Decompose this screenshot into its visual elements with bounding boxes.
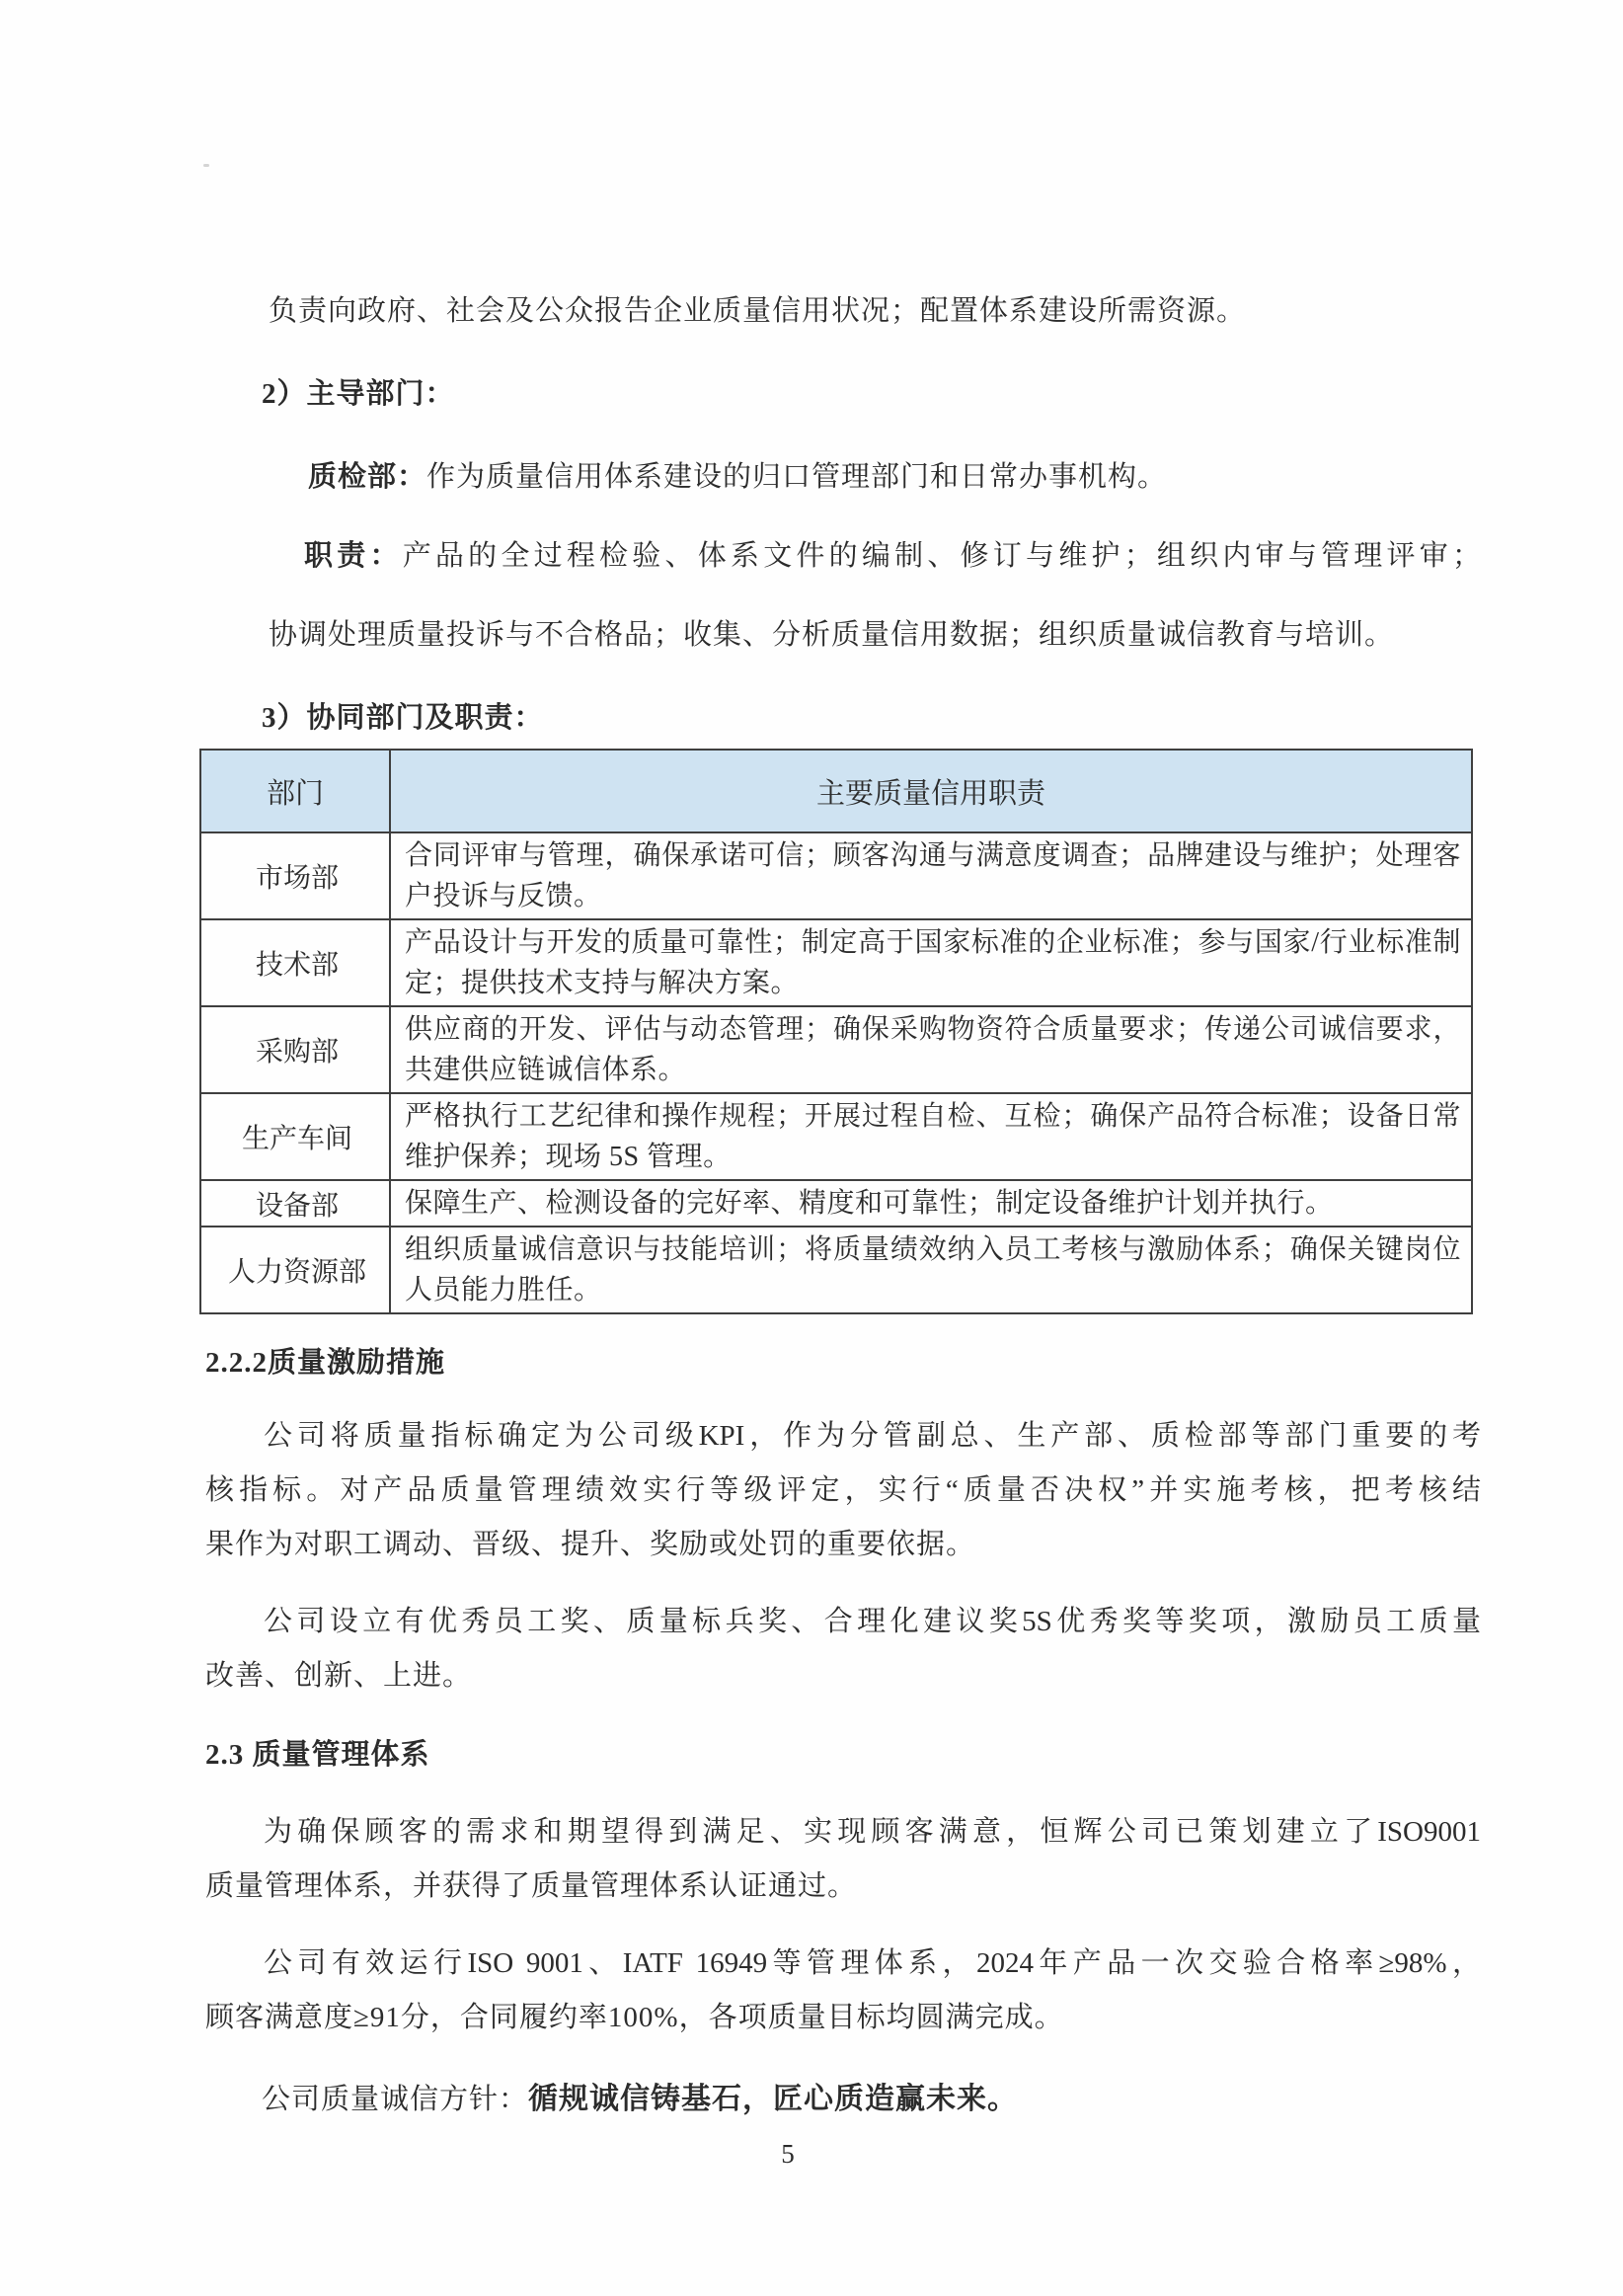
lead-duty-prefix: 职责：: [304, 540, 403, 572]
scan-artifact: [203, 164, 209, 167]
lead-duty-line: 职责：产品的全过程检验、体系文件的编制、修订与维护；组织内审与管理评审；: [304, 539, 1481, 574]
table-cell-duty: 供应商的开发、评估与动态管理；确保采购物资符合质量要求；传递公司诚信要求，共建供…: [390, 1006, 1472, 1093]
table-header-dept: 部门: [200, 750, 390, 832]
quality-policy-prefix: 公司质量诚信方针：: [262, 2084, 528, 2115]
paragraph-line: 为确保顾客的需求和期望得到满足、实现顾客满意，恒辉公司已策划建立了ISO9001: [264, 1815, 1481, 1850]
paragraph-line: 顾客满意度≥91分，合同履约率100%，各项质量目标均圆满完成。: [205, 2001, 1064, 2035]
table-row: 采购部 供应商的开发、评估与动态管理；确保采购物资符合质量要求；传递公司诚信要求…: [200, 1006, 1472, 1093]
table-row: 设备部 保障生产、检测设备的完好率、精度和可靠性；制定设备维护计划并执行。: [200, 1180, 1472, 1227]
table-cell-dept: 技术部: [200, 919, 390, 1006]
table-cell-dept: 人力资源部: [200, 1227, 390, 1313]
quality-policy-slogan: 循规诚信铸基石，匠心质造赢未来。: [528, 2083, 1018, 2115]
lead-dept-line: 质检部：作为质量信用体系建设的归口管理部门和日常办事机构。: [308, 460, 1167, 495]
paragraph-line: 质量管理体系，并获得了质量管理体系认证通过。: [205, 1869, 857, 1904]
table-cell-duty: 产品设计与开发的质量可靠性；制定高于国家标准的企业标准；参与国家/行业标准制定；…: [390, 919, 1472, 1006]
table-cell-dept: 采购部: [200, 1006, 390, 1093]
paragraph-line: 公司有效运行ISO 9001、IATF 16949等管理体系，2024年产品一次…: [264, 1946, 1481, 1981]
list-item-2-label: 2）主导部门：: [262, 377, 455, 412]
table-row: 生产车间 严格执行工艺纪律和操作规程；开展过程自检、互检；确保产品符合标准；设备…: [200, 1093, 1472, 1180]
table-header-row: 部门 主要质量信用职责: [200, 750, 1472, 832]
table-cell-dept: 市场部: [200, 832, 390, 919]
document-page: 负责向政府、社会及公众报告企业质量信用状况；配置体系建设所需资源。 2）主导部门…: [0, 0, 1623, 2296]
table-header-duty: 主要质量信用职责: [390, 750, 1472, 832]
responsibility-table: 部门 主要质量信用职责 市场部 合同评审与管理，确保承诺可信；顾客沟通与满意度调…: [199, 749, 1473, 1314]
list-item-3-label: 3）协同部门及职责：: [262, 701, 544, 736]
table-cell-duty: 合同评审与管理，确保承诺可信；顾客沟通与满意度调查；品牌建设与维护；处理客户投诉…: [390, 832, 1472, 919]
intro-line: 负责向政府、社会及公众报告企业质量信用状况；配置体系建设所需资源。: [269, 294, 1246, 329]
table-cell-duty: 保障生产、检测设备的完好率、精度和可靠性；制定设备维护计划并执行。: [390, 1180, 1472, 1227]
table-cell-dept: 设备部: [200, 1180, 390, 1227]
table-cell-dept: 生产车间: [200, 1093, 390, 1180]
paragraph-line: 核指标。对产品质量管理绩效实行等级评定，实行“质量否决权”并实施考核，把考核结: [205, 1473, 1481, 1508]
quality-policy-line: 公司质量诚信方针：循规诚信铸基石，匠心质造赢未来。: [262, 2082, 1018, 2117]
lead-duty-line2: 协调处理质量投诉与不合格品；收集、分析质量信用数据；组织质量诚信教育与培训。: [269, 618, 1394, 653]
table-row: 人力资源部 组织质量诚信意识与技能培训；将质量绩效纳入员工考核与激励体系；确保关…: [200, 1227, 1472, 1313]
section-heading-23: 2.3 质量管理体系: [205, 1738, 430, 1773]
table-row: 技术部 产品设计与开发的质量可靠性；制定高于国家标准的企业标准；参与国家/行业标…: [200, 919, 1472, 1006]
table-cell-duty: 严格执行工艺纪律和操作规程；开展过程自检、互检；确保产品符合标准；设备日常维护保…: [390, 1093, 1472, 1180]
page-number: 5: [0, 2139, 1576, 2170]
lead-dept-rest: 作为质量信用体系建设的归口管理部门和日常办事机构。: [426, 461, 1167, 493]
paragraph-line: 公司将质量指标确定为公司级KPI，作为分管副总、生产部、质检部等部门重要的考: [264, 1419, 1481, 1454]
paragraph-line: 改善、创新、上进。: [205, 1659, 472, 1694]
lead-dept-prefix: 质检部：: [308, 461, 426, 493]
table-row: 市场部 合同评审与管理，确保承诺可信；顾客沟通与满意度调查；品牌建设与维护；处理…: [200, 832, 1472, 919]
paragraph-line: 公司设立有优秀员工奖、质量标兵奖、合理化建议奖5S优秀奖等奖项，激励员工质量: [264, 1605, 1481, 1639]
lead-duty-rest: 产品的全过程检验、体系文件的编制、修订与维护；组织内审与管理评审；: [403, 540, 1481, 572]
section-heading-222: 2.2.2质量激励措施: [205, 1346, 445, 1381]
table-cell-duty: 组织质量诚信意识与技能培训；将质量绩效纳入员工考核与激励体系；确保关键岗位人员能…: [390, 1227, 1472, 1313]
paragraph-line: 果作为对职工调动、晋级、提升、奖励或处罚的重要依据。: [205, 1528, 975, 1562]
